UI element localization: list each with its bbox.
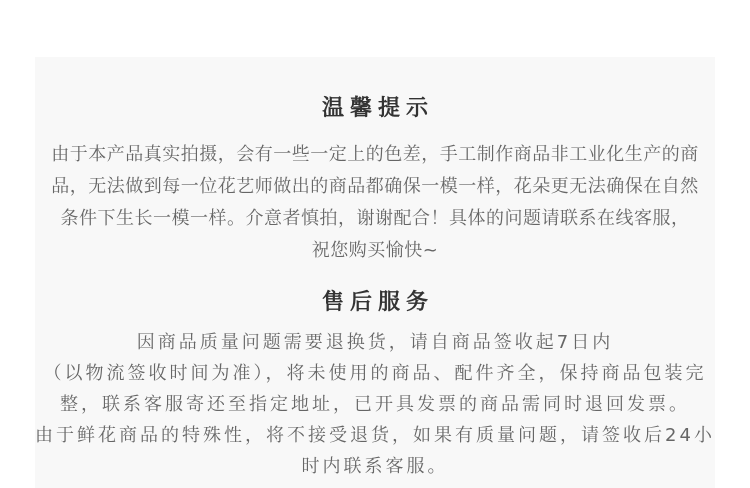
- after-sales-title: 售后服务: [35, 291, 715, 315]
- text-line: 祝您购买愉快~: [35, 235, 715, 267]
- text-line: （以物流签收时间为准），将未使用的商品、配件齐全，保持商品包装完: [35, 358, 715, 389]
- text-line: 时内联系客服。: [35, 451, 715, 482]
- text-line: 因商品质量问题需要退换货，请自商品签收起7日内: [35, 327, 715, 358]
- warm-tips-text: 由于本产品真实拍摄，会有一些一定上的色差，手工制作商品非工业化生产的商品，无法做…: [35, 139, 715, 267]
- text-line: 由于鲜花商品的特殊性，将不接受退货，如果有质量问题，请签收后24小: [35, 420, 715, 451]
- text-line: 品，无法做到每一位花艺师做出的商品都确保一模一样，花朵更无法确保在自然: [35, 171, 715, 203]
- product-notice-panel: 温馨提示 由于本产品真实拍摄，会有一些一定上的色差，手工制作商品非工业化生产的商…: [35, 57, 715, 488]
- text-line: 条件下生长一模一样。介意者慎拍，谢谢配合！具体的问题请联系在线客服，: [35, 203, 715, 235]
- after-sales-text: 因商品质量问题需要退换货，请自商品签收起7日内（以物流签收时间为准），将未使用的…: [35, 327, 715, 482]
- warm-tips-section: 温馨提示 由于本产品真实拍摄，会有一些一定上的色差，手工制作商品非工业化生产的商…: [35, 97, 715, 267]
- after-sales-section: 售后服务 因商品质量问题需要退换货，请自商品签收起7日内（以物流签收时间为准），…: [35, 291, 715, 482]
- warm-tips-title: 温馨提示: [35, 97, 715, 121]
- text-line: 由于本产品真实拍摄，会有一些一定上的色差，手工制作商品非工业化生产的商: [35, 139, 715, 171]
- text-line: 整，联系客服寄还至指定地址，已开具发票的商品需同时退回发票。: [35, 389, 715, 420]
